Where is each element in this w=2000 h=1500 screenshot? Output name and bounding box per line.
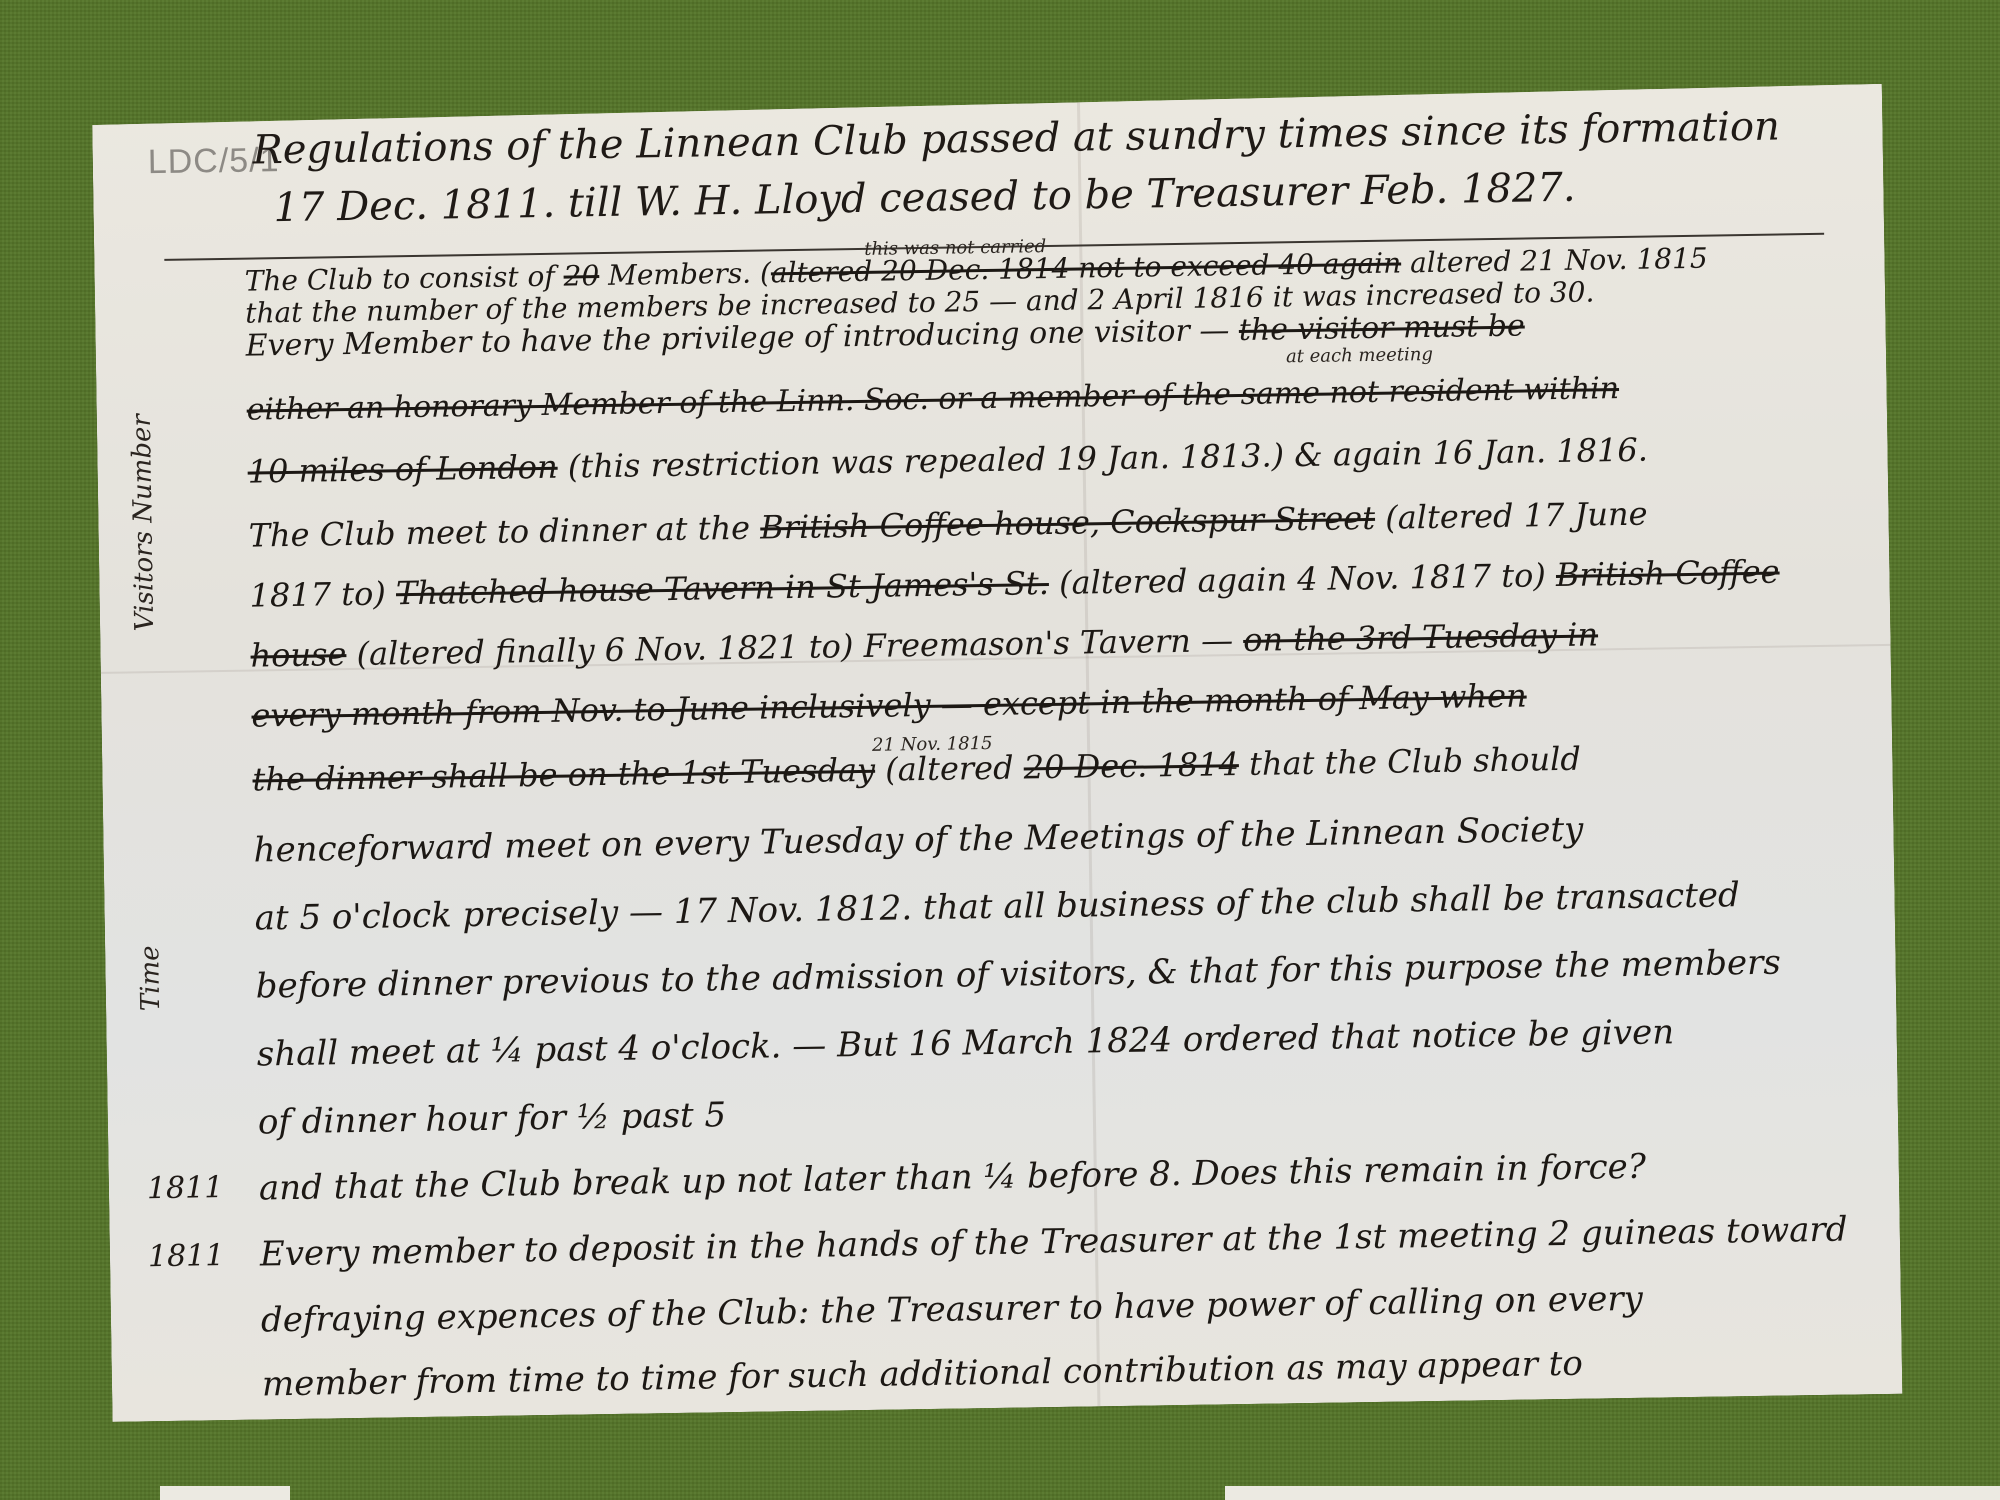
manuscript-line: shall meet at ¼ past 4 o'clock. — But 16… bbox=[257, 1012, 1675, 1074]
struck-text: house bbox=[250, 635, 346, 675]
manuscript-line: 1817 to) Thatched house Tavern in St Jam… bbox=[249, 553, 1780, 615]
text-segment: 1817 to) bbox=[249, 574, 396, 614]
text-segment: of dinner hour for ½ past 5 bbox=[258, 1095, 727, 1142]
struck-text: Thatched house Tavern in St James's St. bbox=[396, 564, 1050, 612]
margin-note-visitors-number: Visitors Number bbox=[127, 414, 160, 631]
text-segment: Every member to deposit in the hands of … bbox=[260, 1210, 1848, 1275]
manuscript-line: The Club meet to dinner at the British C… bbox=[248, 495, 1647, 555]
struck-text: British Coffee house, Cockspur Street bbox=[760, 499, 1375, 547]
interlinear-note: at each meeting bbox=[1286, 344, 1433, 367]
text-segment: that the Club should bbox=[1239, 740, 1581, 783]
manuscript-line: henceforward meet on every Tuesday of th… bbox=[253, 810, 1583, 871]
manuscript-line: Every member to deposit in the hands of … bbox=[260, 1210, 1848, 1275]
manuscript-line: 21 Nov. 1815the dinner shall be on the 1… bbox=[252, 740, 1581, 799]
text-segment: member from time to time for such additi… bbox=[262, 1344, 1583, 1405]
text-segment: (this restriction was repealed 19 Jan. 1… bbox=[557, 431, 1648, 486]
manuscript-line: and that the Club break up not later tha… bbox=[259, 1147, 1647, 1209]
margin-note-time: Time bbox=[135, 945, 166, 1011]
struck-text: 20 bbox=[563, 259, 599, 293]
manuscript-line: either an honorary Member of the Linn. S… bbox=[246, 371, 1619, 428]
interlinear-note: 21 Nov. 1815 bbox=[872, 733, 993, 756]
manuscript-line: house (altered finally 6 Nov. 1821 to) F… bbox=[250, 615, 1598, 674]
struck-text: 10 miles of London bbox=[247, 448, 558, 491]
manuscript-page: LDC/5/1 Regulations of the Linnean Club … bbox=[92, 84, 1902, 1422]
text-segment: The Club meet to dinner at the bbox=[248, 509, 760, 555]
text-segment: (altered finally 6 Nov. 1821 to) Freemas… bbox=[346, 621, 1243, 673]
manuscript-line: defraying expences of the Club: the Trea… bbox=[261, 1279, 1643, 1341]
text-segment: Members. ( bbox=[599, 256, 771, 292]
manuscript-line: be needed ... is exceeded bbox=[263, 1422, 697, 1469]
struck-text: the visitor must be bbox=[1239, 309, 1525, 348]
text-segment: (altered again 4 Nov. 1817 to) bbox=[1049, 556, 1557, 602]
margin-year-1: 1811 bbox=[147, 1170, 224, 1206]
text-segment: shall meet at ¼ past 4 o'clock. — But 16… bbox=[257, 1012, 1675, 1074]
mount-label-right bbox=[1225, 1486, 2000, 1500]
text-segment: henceforward meet on every Tuesday of th… bbox=[253, 810, 1583, 871]
manuscript-line: before dinner previous to the admission … bbox=[255, 943, 1781, 1007]
text-segment: defraying expences of the Club: the Trea… bbox=[261, 1279, 1643, 1341]
struck-text: either an honorary Member of the Linn. S… bbox=[246, 371, 1619, 428]
text-segment: at 5 o'clock precisely — 17 Nov. 1812. t… bbox=[254, 875, 1740, 938]
text-segment: (altered 17 June bbox=[1375, 495, 1648, 537]
manuscript-line: 10 miles of London (this restriction was… bbox=[247, 431, 1648, 491]
struck-text: on the 3rd Tuesday in bbox=[1243, 615, 1598, 659]
manuscript-line: at 5 o'clock precisely — 17 Nov. 1812. t… bbox=[254, 875, 1740, 938]
text-segment: before dinner previous to the admission … bbox=[255, 943, 1781, 1007]
margin-year-2: 1811 bbox=[148, 1238, 225, 1274]
regulations-text: this was not carriedThe Club to consist … bbox=[244, 239, 1844, 264]
manuscript-line: member from time to time for such additi… bbox=[262, 1344, 1583, 1405]
struck-text: British Coffee bbox=[1556, 553, 1780, 595]
struck-text: 20 Dec. 1814 bbox=[1023, 745, 1239, 786]
manuscript-line: every month from Nov. to June inclusivel… bbox=[251, 677, 1527, 735]
text-segment: and that the Club break up not later tha… bbox=[259, 1147, 1647, 1209]
manuscript-line: of dinner hour for ½ past 5 bbox=[258, 1095, 727, 1142]
text-segment: be needed ... is exceeded bbox=[263, 1422, 697, 1469]
struck-text: the dinner shall be on the 1st Tuesday bbox=[252, 751, 875, 799]
interlinear-note: this was not carried bbox=[864, 236, 1046, 260]
struck-text: every month from Nov. to June inclusivel… bbox=[251, 677, 1527, 735]
document-title: Regulations of the Linnean Club passed a… bbox=[252, 97, 1804, 237]
mount-label-left bbox=[160, 1486, 290, 1500]
text-segment: altered 21 Nov. 1815 bbox=[1401, 242, 1708, 280]
